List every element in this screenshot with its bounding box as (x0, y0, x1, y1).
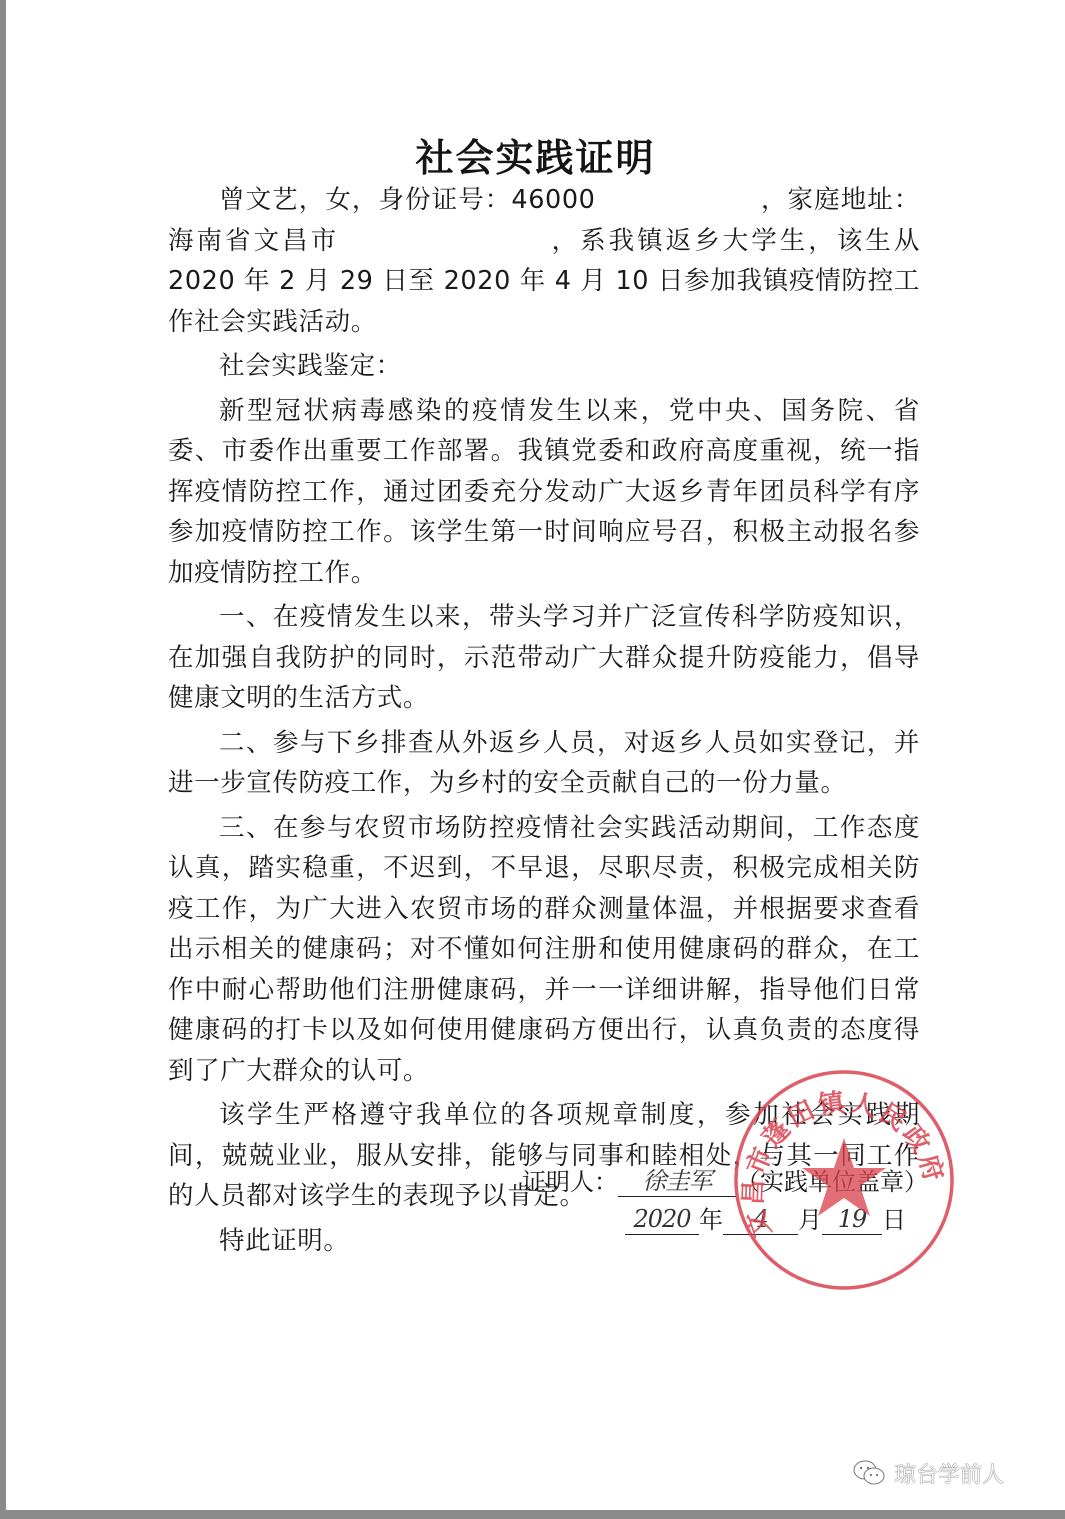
date-day-label: 日 (882, 1206, 906, 1234)
seal-note: （实践单位盖章） (736, 1168, 928, 1196)
paragraph-background: 新型冠状病毒感染的疫情发生以来，党中央、国务院、省委、市委作出重要工作部署。我镇… (168, 391, 920, 594)
paragraph-appraisal-heading: 社会实践鉴定： (168, 346, 920, 387)
redacted-id-number (596, 188, 761, 214)
date-day-value: 19 (822, 1204, 882, 1235)
paragraph-point-1: 一、在疫情发生以来，带头学习并广泛宣传科学防疫知识，在加强自我防护的同时，示范带… (168, 597, 920, 719)
certifier-label: 证明人： (522, 1168, 618, 1196)
wechat-icon (852, 1459, 886, 1487)
paragraph-point-3: 三、在参与农贸市场防控疫情社会实践活动期间，工作态度认真，踏实稳重，不迟到，不早… (168, 808, 920, 1092)
redacted-address (339, 229, 549, 255)
certifier-row: 证明人：徐圭军（实践单位盖章） (522, 1162, 928, 1197)
date-row: 2020年4月19日 (625, 1200, 906, 1235)
certifier-signature: 徐圭军 (618, 1166, 736, 1197)
date-month-value: 4 (723, 1204, 798, 1235)
date-year-value: 2020 (625, 1204, 699, 1235)
paragraph-conduct: 该学生严格遵守我单位的各项规章制度，参加社会实践期间，兢兢业业，服从安排，能够与… (168, 1095, 920, 1217)
watermark: 琼台学前人 (852, 1455, 1004, 1491)
paragraph-point-2: 二、参与下乡排查从外返乡人员，对返乡人员如实登记，并进一步宣传防疫工作，为乡村的… (168, 723, 920, 804)
intro-text-1: 曾文艺，女，身份证号：46000 (219, 185, 596, 215)
date-year-label: 年 (699, 1206, 723, 1234)
watermark-text: 琼台学前人 (894, 1458, 1004, 1489)
date-month-label: 月 (798, 1206, 822, 1234)
paragraph-intro: 曾文艺，女，身份证号：46000，家庭地址：海南省文昌市，系我镇返乡大学生，该生… (168, 180, 920, 342)
document-body: 曾文艺，女，身份证号：46000，家庭地址：海南省文昌市，系我镇返乡大学生，该生… (168, 180, 920, 1261)
document-title: 社会实践证明 (6, 127, 1065, 182)
document-page: 社会实践证明 曾文艺，女，身份证号：46000，家庭地址：海南省文昌市，系我镇返… (6, 0, 1065, 1510)
